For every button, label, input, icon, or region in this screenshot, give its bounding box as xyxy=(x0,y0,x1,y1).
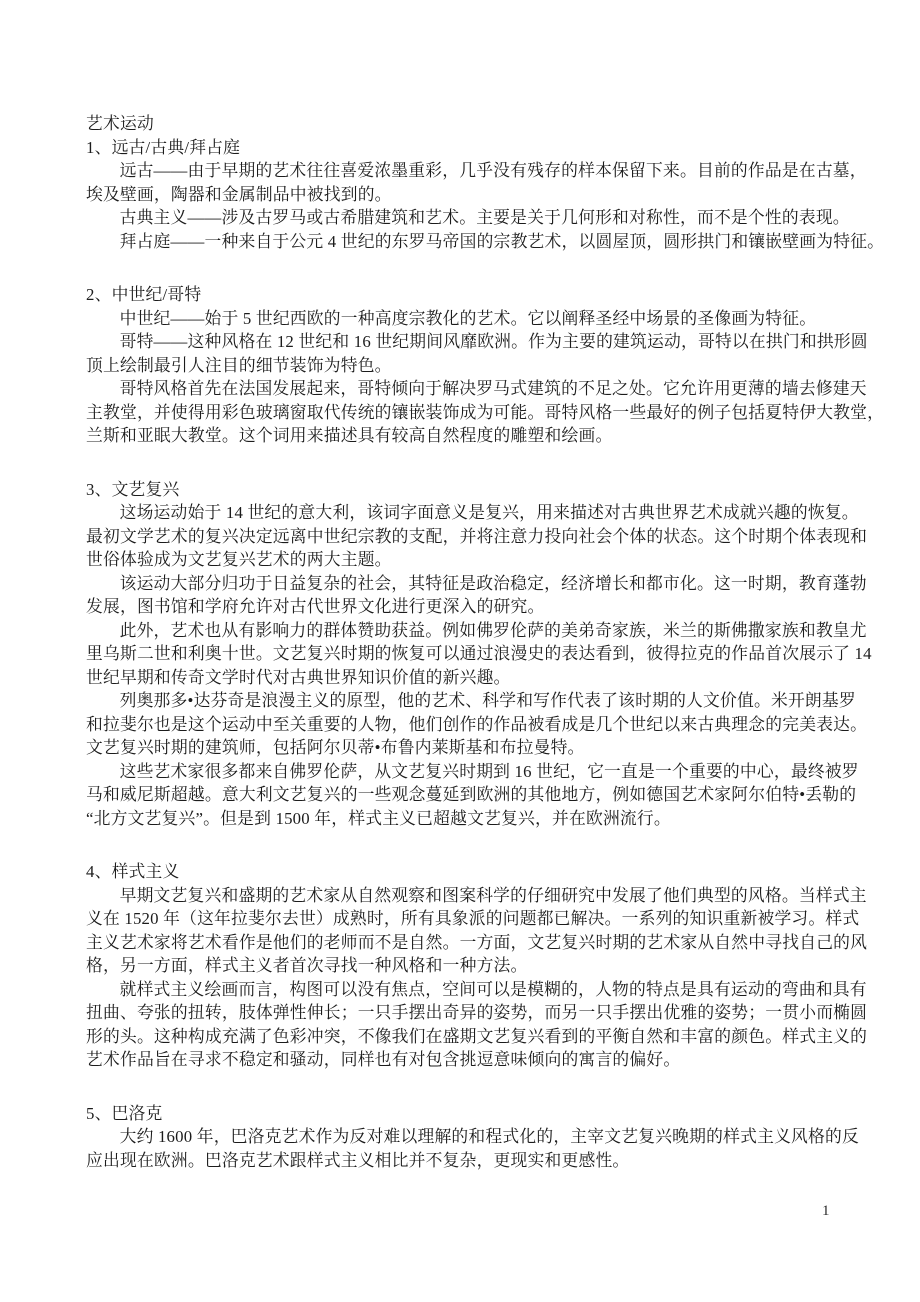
section-heading: 3、文艺复兴 xyxy=(86,478,892,502)
text-line: 扭曲、夸张的扭转，肢体弹性伸长；一只手摆出奇异的姿势，而另一只手摆出优雅的姿势；… xyxy=(86,1001,892,1025)
text-line: 哥特——这种风格在 12 世纪和 16 世纪期间风靡欧洲。作为主要的建筑运动，哥… xyxy=(86,330,892,354)
text-line: 最初文学艺术的复兴决定远离中世纪宗教的支配，并将注意力投向社会个体的状态。这个时… xyxy=(86,525,892,549)
text-line: 艺术作品旨在寻求不稳定和骚动，同样也有对包含挑逗意味倾向的寓言的偏好。 xyxy=(86,1048,892,1072)
text-line: 主义艺术家将艺术看作是他们的老师而不是自然。一方面，文艺复兴时期的艺术家从自然中… xyxy=(86,931,892,955)
document-page: 艺术运动 1、远古/古典/拜占庭远古——由于早期的艺术往往喜爱浓墨重彩，几乎没有… xyxy=(0,0,920,1302)
text-line: 哥特风格首先在法国发展起来，哥特倾向于解决罗马式建筑的不足之处。它允许用更薄的墙… xyxy=(86,377,892,401)
text-line: 早期文艺复兴和盛期的艺术家从自然观察和图案科学的仔细研究中发展了他们典型的风格。… xyxy=(86,884,892,908)
paragraph: 远古——由于早期的艺术往往喜爱浓墨重彩，几乎没有残存的样本保留下来。目前的作品是… xyxy=(86,159,892,206)
paragraph: 就样式主义绘画而言，构图可以没有焦点，空间可以是模糊的，人物的特点是具有运动的弯… xyxy=(86,978,892,1072)
paragraph: 列奥那多•达芬奇是浪漫主义的原型，他的艺术、科学和写作代表了该时期的人文价值。米… xyxy=(86,689,892,760)
text-line: 埃及壁画，陶器和金属制品中被找到的。 xyxy=(86,183,892,207)
text-line: 这些艺术家很多都来自佛罗伦萨，从文艺复兴时期到 16 世纪，它一直是一个重要的中… xyxy=(86,760,892,784)
paragraph: 中世纪——始于 5 世纪西欧的一种高度宗教化的艺术。它以阐释圣经中场景的圣像画为… xyxy=(86,307,892,331)
sections-container: 1、远古/古典/拜占庭远古——由于早期的艺术往往喜爱浓墨重彩，几乎没有残存的样本… xyxy=(86,136,892,1173)
text-line: “北方文艺复兴”。但是到 1500 年，样式主义已超越文艺复兴，并在欧洲流行。 xyxy=(86,807,892,831)
section: 2、中世纪/哥特中世纪——始于 5 世纪西欧的一种高度宗教化的艺术。它以阐释圣经… xyxy=(86,283,892,448)
text-line: 主教堂，并使得用彩色玻璃窗取代传统的镶嵌装饰成为可能。哥特风格一些最好的例子包括… xyxy=(86,401,892,425)
text-line: 里乌斯二世和利奥十世。文艺复兴时期的恢复可以通过浪漫史的表达看到，彼得拉克的作品… xyxy=(86,642,892,666)
paragraph: 大约 1600 年，巴洛克艺术作为反对难以理解的和程式化的，主宰文艺复兴晚期的样… xyxy=(86,1125,892,1172)
page-number: 1 xyxy=(822,1200,830,1222)
text-line: 中世纪——始于 5 世纪西欧的一种高度宗教化的艺术。它以阐释圣经中场景的圣像画为… xyxy=(86,307,892,331)
paragraph: 该运动大部分归功于日益复杂的社会，其特征是政治稳定，经济增长和都市化。这一时期，… xyxy=(86,572,892,619)
text-line: 格，另一方面，样式主义者首次寻找一种风格和一种方法。 xyxy=(86,954,892,978)
paragraph: 哥特——这种风格在 12 世纪和 16 世纪期间风靡欧洲。作为主要的建筑运动，哥… xyxy=(86,330,892,377)
text-line: 兰斯和亚眠大教堂。这个词用来描述具有较高自然程度的雕塑和绘画。 xyxy=(86,424,892,448)
text-line: 古典主义——涉及古罗马或古希腊建筑和艺术。主要是关于几何形和对称性，而不是个性的… xyxy=(86,206,892,230)
text-line: 就样式主义绘画而言，构图可以没有焦点，空间可以是模糊的，人物的特点是具有运动的弯… xyxy=(86,978,892,1002)
section: 4、样式主义早期文艺复兴和盛期的艺术家从自然观察和图案科学的仔细研究中发展了他们… xyxy=(86,860,892,1072)
paragraph: 哥特风格首先在法国发展起来，哥特倾向于解决罗马式建筑的不足之处。它允许用更薄的墙… xyxy=(86,377,892,448)
text-line: 马和威尼斯超越。意大利文艺复兴的一些观念蔓延到欧洲的其他地方，例如德国艺术家阿尔… xyxy=(86,783,892,807)
document-title: 艺术运动 xyxy=(86,112,892,136)
text-line: 拜占庭——一种来自于公元 4 世纪的东罗马帝国的宗教艺术，以圆屋顶，圆形拱门和镶… xyxy=(86,230,892,254)
text-line: 此外，艺术也从有影响力的群体赞助获益。例如佛罗伦萨的美弟奇家族，米兰的斯佛撒家族… xyxy=(86,619,892,643)
text-line: 世俗体验成为文艺复兴艺术的两大主题。 xyxy=(86,548,892,572)
paragraph: 早期文艺复兴和盛期的艺术家从自然观察和图案科学的仔细研究中发展了他们典型的风格。… xyxy=(86,884,892,978)
section-heading: 5、巴洛克 xyxy=(86,1102,892,1126)
text-line: 这场运动始于 14 世纪的意大利，该词字面意义是复兴，用来描述对古典世界艺术成就… xyxy=(86,501,892,525)
paragraph: 此外，艺术也从有影响力的群体赞助获益。例如佛罗伦萨的美弟奇家族，米兰的斯佛撒家族… xyxy=(86,619,892,690)
text-line: 义在 1520 年（这年拉斐尔去世）成熟时，所有具象派的问题都已解决。一系列的知… xyxy=(86,907,892,931)
document-content: 艺术运动 1、远古/古典/拜占庭远古——由于早期的艺术往往喜爱浓墨重彩，几乎没有… xyxy=(86,112,892,1172)
text-line: 形的头。这种构成充满了色彩冲突，不像我们在盛期文艺复兴看到的平衡自然和丰富的颜色… xyxy=(86,1025,892,1049)
text-line: 顶上绘制最引人注目的细节装饰为特色。 xyxy=(86,354,892,378)
paragraph: 古典主义——涉及古罗马或古希腊建筑和艺术。主要是关于几何形和对称性，而不是个性的… xyxy=(86,206,892,230)
section-heading: 2、中世纪/哥特 xyxy=(86,283,892,307)
text-line: 该运动大部分归功于日益复杂的社会，其特征是政治稳定，经济增长和都市化。这一时期，… xyxy=(86,572,892,596)
text-line: 发展，图书馆和学府允许对古代世界文化进行更深入的研究。 xyxy=(86,595,892,619)
text-line: 应出现在欧洲。巴洛克艺术跟样式主义相比并不复杂，更现实和更感性。 xyxy=(86,1149,892,1173)
text-line: 远古——由于早期的艺术往往喜爱浓墨重彩，几乎没有残存的样本保留下来。目前的作品是… xyxy=(86,159,892,183)
section: 5、巴洛克大约 1600 年，巴洛克艺术作为反对难以理解的和程式化的，主宰文艺复… xyxy=(86,1102,892,1173)
section: 3、文艺复兴这场运动始于 14 世纪的意大利，该词字面意义是复兴，用来描述对古典… xyxy=(86,478,892,831)
text-line: 大约 1600 年，巴洛克艺术作为反对难以理解的和程式化的，主宰文艺复兴晚期的样… xyxy=(86,1125,892,1149)
section-heading: 1、远古/古典/拜占庭 xyxy=(86,136,892,160)
section: 1、远古/古典/拜占庭远古——由于早期的艺术往往喜爱浓墨重彩，几乎没有残存的样本… xyxy=(86,136,892,254)
section-heading: 4、样式主义 xyxy=(86,860,892,884)
text-line: 列奥那多•达芬奇是浪漫主义的原型，他的艺术、科学和写作代表了该时期的人文价值。米… xyxy=(86,689,892,713)
text-line: 和拉斐尔也是这个运动中至关重要的人物，他们创作的作品被看成是几个世纪以来古典理念… xyxy=(86,713,892,737)
text-line: 世纪早期和传奇文学时代对古典世界知识价值的新兴趣。 xyxy=(86,666,892,690)
paragraph: 拜占庭——一种来自于公元 4 世纪的东罗马帝国的宗教艺术，以圆屋顶，圆形拱门和镶… xyxy=(86,230,892,254)
paragraph: 这场运动始于 14 世纪的意大利，该词字面意义是复兴，用来描述对古典世界艺术成就… xyxy=(86,501,892,572)
paragraph: 这些艺术家很多都来自佛罗伦萨，从文艺复兴时期到 16 世纪，它一直是一个重要的中… xyxy=(86,760,892,831)
text-line: 文艺复兴时期的建筑师，包括阿尔贝蒂•布鲁内莱斯基和布拉曼特。 xyxy=(86,736,892,760)
